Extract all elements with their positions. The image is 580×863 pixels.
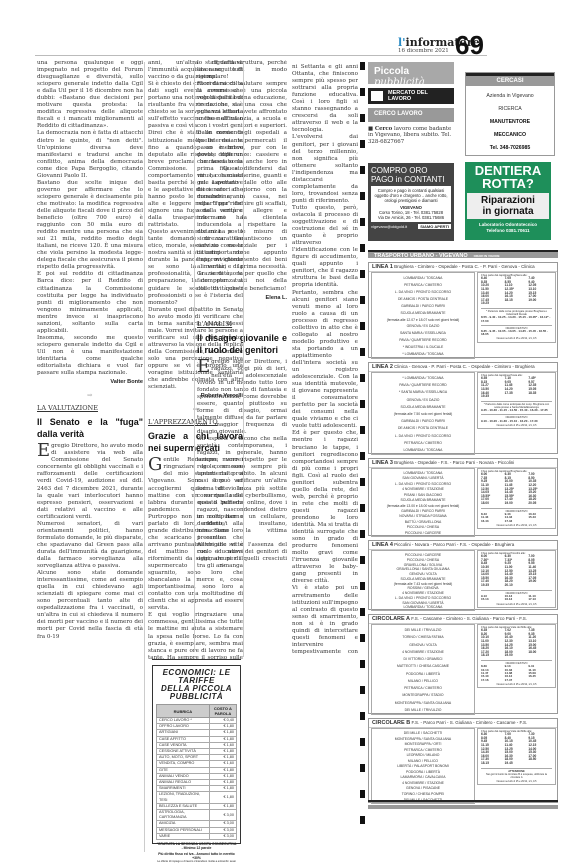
stop: (fermata alle 7.50 solo nei giorni feria… [372, 411, 474, 418]
price-cell: € 3,00 [209, 810, 236, 821]
stop: PETRARCA / CIMITERO [372, 282, 474, 289]
times-extra: 9.45 - 10.30 - 11.15 - 14.50 - 15.40 - 1… [481, 409, 552, 412]
festivo-times: 9.10 - 10.20 - 11.30 - 15.10 - 16.20 - 1… [481, 420, 552, 423]
rubrica-cell: MESSAGGI PERSONALI [157, 827, 210, 833]
stop: DI VITTORIO / GRAMSCI [372, 656, 474, 663]
stop: LOMBARDIA / TOSCANA [372, 275, 474, 282]
paragraph: Ed è per questo che, mentre i ragazzi br… [292, 430, 358, 585]
cercasi-role: MECCANICO [466, 132, 554, 138]
divider-square-icon [360, 322, 365, 330]
stop: MATTEOTTI / CHIESA CASCAME [372, 663, 474, 670]
stop: DE AMICIS / POSTA CENTRALE [372, 425, 474, 432]
bus-line-1: LINEA 1 Brughiera - Cimitero - Ospedale … [368, 262, 558, 358]
departure-time [505, 302, 529, 306]
stop: SANTA MARIA / ESSELUNGA [372, 330, 474, 337]
paragraph: All'origine vi è l'assenza del ruolo edu… [197, 542, 287, 570]
paragraph: Pertanto, sembra che alcuni genitori sia… [292, 290, 358, 431]
divider-square-icon [360, 816, 365, 824]
festivo-time [528, 520, 552, 523]
line-header: CIRCOLARE A F.S. - Cascame - Cimitero - … [369, 615, 557, 624]
column-3: lo staff della struttura, perché lavoran… [197, 60, 287, 660]
stop: SCUOLA MEDIA BRAMANTE [372, 310, 474, 317]
festivo-time: 15.13 [481, 598, 505, 601]
stop: PAVIA / QUARTIERE RECORD [372, 382, 474, 389]
mercato-lavoro-banner: MERCATO DEL LAVORO [368, 88, 454, 104]
economici-title-1: ECONOMICI: LE TARIFFE [156, 669, 237, 685]
line-route: Brughiera - Ospedale - F.S. - Parco Parr… [394, 460, 514, 465]
line-name: LINEA 2 [372, 364, 393, 370]
bus-line-4: LINEA 4 Piccolini - Novara - Parco Parri… [368, 540, 558, 610]
divider-square-icon [360, 790, 365, 798]
line-name: LINEA 4 [372, 542, 393, 548]
piccola-pubblicita-banner: Piccola pubblicità [368, 62, 454, 84]
classified-ad: ■ Cerco lavoro come badante in Vigevano,… [368, 126, 454, 145]
divider-square-icon [360, 244, 365, 252]
bus-line-3: LINEA 3 Brughiera - Ospedale - F.S. - Pa… [368, 458, 558, 536]
departure-time: 20.10 [505, 584, 529, 588]
rubrica-cell: LEZIONI, TRADUZIONI, TESI [157, 792, 210, 803]
line-name: LINEA 1 [372, 264, 393, 270]
headline: Il disagio giovanile e il ruolo dei geni… [197, 332, 287, 356]
bus-line-6: CIRCOLARE B F.S. - Parco Parri - S. Giul… [368, 718, 558, 803]
column-1: una persona qualunque e oggi impegnato n… [37, 60, 143, 850]
paragraph: Vi è stato poi un arretramento delle ist… [292, 585, 358, 654]
rate-row: MESSAGGI PERSONALI€ 3,00 [157, 827, 237, 833]
paragraph: lo staff della struttura, perché lavoran… [197, 60, 287, 81]
divider-square-icon [360, 686, 365, 694]
mercato-box-icon [371, 91, 383, 101]
rate-row: BELLEZZA E SALUTE€ 1,80 [157, 803, 237, 809]
paragraph: Ricordarsi di salutare sempre la commess… [197, 81, 287, 271]
stop: * INDUSTRIA / IL DUCALE [372, 344, 474, 351]
stop: GARIBALDI / PARCO PARRI [372, 418, 474, 425]
paragraph: Gli esperti ci dicono che nella società … [197, 436, 287, 542]
line-header: CIRCOLARE B F.S. - Parco Parri - S. Giul… [369, 719, 557, 728]
divider-square-icon [360, 556, 365, 564]
service-note: Nessun servizio il 25 e 26/12, 1/1, 1/5 [481, 337, 552, 340]
festivo-time: 17.43 [505, 520, 529, 523]
cercasi-phone: Tel. 348-7026985 [466, 145, 554, 151]
departure-time: 19.00 [505, 502, 529, 506]
line-name: CIRCOLARE B [372, 720, 410, 726]
stop: * LOMBARDIA / TOSCANA [372, 351, 474, 358]
rubrica-cell: VARIE [157, 833, 210, 839]
col-header-costo: COSTO A PAROLA [209, 705, 236, 718]
paragraph: ni Settanta e gli anni Ottanta, che fini… [292, 64, 358, 134]
divider-square-icon [360, 426, 365, 434]
divider-square-icon [360, 738, 365, 746]
dentiera-ad: DENTIERA ROTTA? Riparazioniin giornata L… [465, 162, 551, 240]
paragraph: Alcune sono state domande interessantiss… [37, 570, 143, 640]
divider-square-icon [360, 348, 365, 356]
issue-date: 16 dicembre 2021 [398, 48, 449, 54]
divider-square-icon [360, 88, 365, 96]
divider-square-icon [360, 114, 365, 122]
divider-square-icon [360, 374, 365, 382]
divider-square-icon [360, 166, 365, 174]
departure-time: 18.15 [481, 654, 505, 658]
stop: * SANTA MARIA / ESSELUNGA [372, 389, 474, 396]
rate-row: ASTROLOGIA, CARTOMANZIA€ 3,00 [157, 810, 237, 821]
festivo-time: 16.43 [481, 520, 505, 523]
stop: (fermata alle 12.07 e 18.07 solo nei gio… [372, 317, 474, 324]
rates-table: RUBRICACOSTO A PAROLA CERCO LAVORO *€ 0,… [156, 704, 237, 840]
divider-square-icon [360, 478, 365, 486]
stop: L. DA VINCI / PRONTO SOCCORSO [372, 289, 474, 296]
departure-time: 19.45 [505, 762, 529, 766]
economici-footnote: *GRATUITA LA SECONDA USCITA CONSECUTIVA … [156, 842, 237, 850]
festivo-time: 16.13 [505, 598, 529, 601]
departure-time: 18.00 [481, 502, 505, 506]
column-rule [243, 62, 244, 657]
service-note: Nessun servizio il 25 e 26/12, 1/1, 1/5 [481, 524, 552, 527]
departure-time [505, 395, 529, 399]
divider-square-icon [360, 296, 365, 304]
stop: SCUOLA MEDIA BRAMANTE [372, 404, 474, 411]
column-rule [194, 62, 195, 652]
transport-subtitle: ORARI IN VIGORE [474, 254, 500, 258]
paragraph: Tutto questo, però, ostacola il processo… [292, 205, 358, 290]
festivo-time: 17.13 [528, 598, 552, 601]
col-header-rubrica: RUBRICA [157, 705, 210, 718]
line-route: Clinica - Genova - P. Parri - Posta C. -… [394, 364, 534, 369]
stop: PAVIA / QUARTIERE RECORD [372, 337, 474, 344]
separator-icon: ⇨ [197, 308, 287, 315]
line-route: Brughiera - Cimitero - Ospedale - Posta … [394, 264, 534, 269]
departure-time: 20.05 [528, 502, 552, 506]
divider-square-icon [360, 634, 365, 642]
column-4: ni Settanta e gli anni Ottanta, che fini… [292, 64, 358, 654]
departure-time: 19.35 [481, 584, 505, 588]
divider-square-icon [360, 608, 365, 616]
stop: LOMBARDIA / TOSCANA [372, 605, 474, 610]
signature: Valter Bonte [37, 379, 143, 386]
divider-square-icon [360, 452, 365, 460]
line-route: Piccolini - Novara - Parco Parri - F.S. … [394, 542, 514, 547]
rate-row: LEZIONI, TRADUZIONI, TESI€ 1,80 [157, 792, 237, 803]
page-number: 69 [455, 30, 484, 61]
paragraph: Bastano due scelte inique del governo pe… [37, 180, 143, 272]
paragraph: Grazie di cuore per quello che fate per … [197, 271, 287, 292]
departure-time: 19.35 [481, 395, 505, 399]
cercasi-ricerca: RICERCA [466, 106, 554, 112]
divider-square-icon [360, 530, 365, 538]
stop: TORINO / CHIESA FATIMA [372, 634, 474, 641]
service-note: Nessun servizio il 25 e 26/12, 1/1, 1/5 [481, 780, 552, 783]
festivo-time [528, 679, 552, 682]
divider-square-icon [360, 400, 365, 408]
divider-square-icon [360, 660, 365, 668]
stop: PETRARCA / CIMITERO [372, 685, 474, 692]
attention-text: Nei giorni festivi la circolare B è sosp… [481, 773, 552, 779]
banner-italic: pubblicità [374, 77, 425, 88]
festivo-times: 8.35 - 9.45 - 10.05 - 13.05 - 14.35 - 15… [481, 330, 552, 336]
line-name: LINEA 3 [372, 460, 393, 466]
paragraph: gregio signor Direttore, i ragazzi, oggi… [197, 359, 287, 435]
cercasi-header: CERCASI [466, 73, 554, 86]
departure-time [528, 654, 552, 658]
paragraph: gregio Direttore, ho avuto modo di assis… [37, 443, 143, 519]
departure-time [528, 762, 552, 766]
stop: DE AMICIS / POSTA CENTRALE [372, 296, 474, 303]
stop: GARIBALDI / PARCO PARRI [372, 303, 474, 310]
dentiera-subtitle: Riparazioni [467, 195, 549, 206]
economici-rate-table: ECONOMICI: LE TARIFFE DELLA PICCOLA PUBB… [152, 665, 241, 844]
cercasi-company: Azienda in Vigevano [466, 93, 554, 99]
classified-keyword: Cerco [375, 126, 392, 132]
oro-address: Via De Amicis, 26 - Tel. 0381.75686 [373, 215, 449, 220]
divider-square-icon [360, 218, 365, 226]
transport-header: TRASPORTO URBANO - VIGEVANOORARI IN VIGO… [368, 250, 558, 258]
line-header: LINEA 2 Clinica - Genova - P. Parri - Po… [369, 363, 557, 372]
departure-time [528, 584, 552, 588]
bottom-bar [368, 805, 558, 809]
line-route: F.S. - Parco Parri - S. Giuliana - Cimit… [411, 720, 527, 725]
rate-row: VARIE€ 3,00 [157, 833, 237, 839]
cercasi-role: MANUTENTORE [466, 119, 554, 125]
stop: * LOMBARDIA / TOSCANA [372, 375, 474, 382]
bus-line-2: LINEA 2 Clinica - Genova - P. Parri - Po… [368, 362, 558, 454]
drop-cap: E [37, 443, 50, 459]
service-note: Nessun servizio il 25 e 26/12, 1/1, 1/5 [481, 424, 552, 427]
departure-time: 18.15 [481, 762, 505, 766]
stop: LOMBARDIA / TOSCANA [372, 447, 474, 454]
divider-square-icon [360, 192, 365, 200]
departure-time [528, 302, 552, 306]
divider-square-icon [360, 764, 365, 772]
separator-icon: ⇨ [37, 392, 143, 399]
departure-time: 19.25 [481, 302, 505, 306]
rubrica-cell: ASTROLOGIA, CARTOMANZIA [157, 810, 210, 821]
oro-body-box: Compro e pago in contanti qualsiasi ogge… [371, 186, 451, 222]
mercato-label: MERCATO DEL LAVORO [388, 90, 428, 102]
kicker: LA VALUTAZIONE [37, 405, 143, 412]
departure-time [528, 395, 552, 399]
cercasi-ad: CERCASI Azienda in Vigevano RICERCA MANU… [465, 72, 555, 156]
service-note: Nessun servizio il 25 e 26/12, 1/1, 1/5 [481, 683, 552, 686]
divider-square-icon [360, 582, 365, 590]
divider-square-icon [360, 62, 365, 70]
oro-open-badge: SIAMO APERTI [418, 224, 451, 229]
stop: MILANO / PELLICO [372, 678, 474, 685]
stop: DEI MILLE / TRIVULZIO [372, 707, 474, 714]
header-rule [35, 55, 487, 56]
price-cell: € 1,80 [209, 792, 236, 803]
stop: GENOVA / EX DAZIO [372, 397, 474, 404]
line-header: LINEA 4 Piccolini - Novara - Parco Parri… [369, 541, 557, 550]
stop: L. DA VINCI / PRONTO SOCCORSO [372, 433, 474, 440]
paragraph: Numerosi senatori, di vari orientamenti … [37, 521, 143, 570]
column-rule [144, 62, 145, 852]
times-extra: 8.55 - 9.40 - 10.25 - 14.20 - 15.15 - 16… [481, 316, 552, 322]
stop: DEI MILLE / TRIVULZIO [372, 627, 474, 634]
price-cell: € 3,00 [209, 833, 236, 839]
drop-cap: G [148, 457, 162, 473]
divider-square-icon [360, 270, 365, 278]
compro-oro-ad: COMPRO ORO PAGO in CONTANTI Compro e pag… [368, 163, 454, 241]
festivo-time: 17.47 [505, 679, 529, 682]
bottom-rule [368, 800, 558, 802]
square-divider-column [360, 62, 366, 852]
bus-line-5: CIRCOLARE A F.S. - Cascame - Cimitero - … [368, 614, 558, 714]
transport-title: TRASPORTO URBANO - VIGEVANO [374, 253, 468, 259]
festivo-time: 17.16 [481, 679, 505, 682]
drop-cap: E [197, 359, 210, 375]
line-header: LINEA 1 Brughiera - Cimitero - Ospedale … [369, 263, 557, 272]
divider-square-icon [360, 140, 365, 148]
stop: MONTEGRAPPA / SANTA GIULIANA [372, 700, 474, 707]
banner-bold: Piccola [374, 66, 409, 77]
signature: Elena L. [197, 295, 287, 302]
dentiera-subtitle: in giornata [467, 206, 549, 217]
divider-square-icon [360, 712, 365, 720]
line-name: CIRCOLARE A [372, 616, 410, 622]
kicker: L'ANALISI [197, 321, 287, 328]
dentiera-title: ROTTA? [465, 177, 551, 190]
oro-body: Compro e pago in contanti qualsiasi ogge… [373, 188, 449, 204]
oro-title: COMPRO ORO PAGO in CONTANTI [371, 166, 451, 184]
paragraph: La democrazia non è fatta di attacchi di… [37, 130, 143, 179]
economici-title-2: DELLA PICCOLA PUBBLICITÀ [156, 685, 237, 701]
rate-row: AUTO, MOTO, SPORT€ 1,80 [157, 755, 237, 761]
dentiera-phone: Telefono 0381.70611 [465, 228, 551, 234]
service-note: Nessun servizio il 25 e 26/12, 1/1, 1/5 [481, 603, 552, 606]
paragraph: E poi sul reddito di cittadinanza Barca … [37, 271, 143, 334]
spacer [244, 60, 288, 61]
oro-email: vigevano@oldgold.it [371, 224, 407, 229]
stop: PICCOLINI / CARCERE [372, 531, 474, 536]
economici-footnote: Più diritto fisso ed iva - Annunci tutto… [156, 852, 237, 860]
divider-square-icon [360, 504, 365, 512]
stop: GENOVA / EX DAZIO [372, 323, 474, 330]
stop: GENOVA / VOLTA [372, 642, 474, 649]
paragraph: Insomma, secondo me questo sciopero gene… [37, 335, 143, 377]
line-route: F.S. - Cascame - Cimitero - S. Giuliana … [411, 616, 527, 621]
stop: MONTEGRAPPA / STADIO [372, 692, 474, 699]
cerco-lavoro-banner: CERCO LAVORO [368, 108, 454, 122]
paragraph: una persona qualunque e oggi impegnato n… [37, 60, 143, 130]
headline: Il Senato e la "fuga" dalla verità [37, 416, 143, 440]
stop: PETRARCA / CIMITERO [372, 440, 474, 447]
stop: 4 NOVEMBRE / STAZIONE [372, 649, 474, 656]
paragraph: L'evolversi dai genitori, per i giovani … [292, 134, 358, 204]
line-header: LINEA 3 Brughiera - Ospedale - F.S. - Pa… [369, 459, 557, 468]
stop: PODGORA / LIBERTÀ [372, 671, 474, 678]
departure-time: 19.00 [505, 654, 529, 658]
